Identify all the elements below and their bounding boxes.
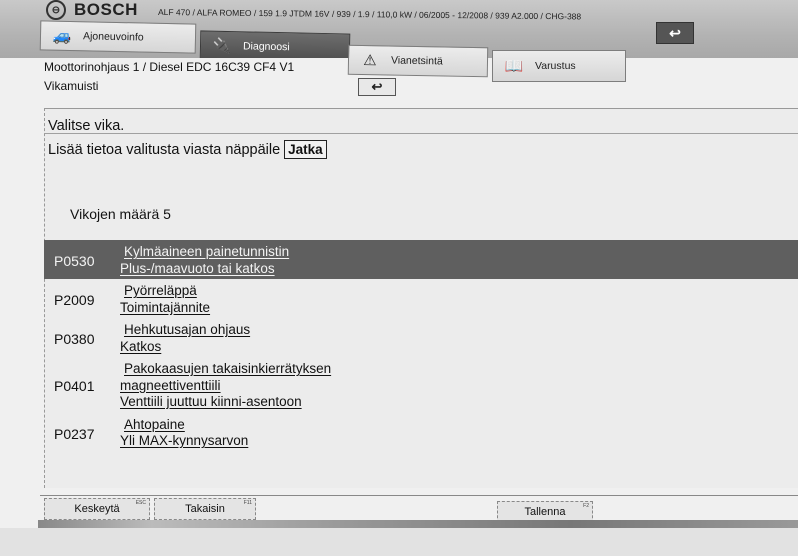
back-arrow-icon: ↩	[372, 79, 383, 95]
tab-label: Diagnoosi	[243, 40, 290, 53]
fault-desc-line: Toimintajännite	[120, 300, 210, 317]
fault-row[interactable]: P0401 Pakokaasujen takaisinkierrätyksen …	[44, 357, 798, 413]
fault-description: Ahtopaine Yli MAX-kynnysarvon	[120, 417, 248, 450]
instruction-text: Lisää tietoa valitusta viasta näppäile	[48, 142, 280, 158]
vehicle-info: ALF 470 / ALFA ROMEO / 159 1.9 JTDM 16V …	[158, 7, 581, 21]
brand: ⊖ BOSCH	[46, 0, 138, 20]
bosch-logo-icon: ⊖	[46, 0, 66, 20]
key-hint: F2	[583, 503, 589, 509]
key-hint: ESC	[136, 500, 146, 506]
fault-code: P0380	[54, 322, 120, 347]
continue-button[interactable]: Jatka	[284, 140, 327, 159]
troubleshooting-warning-icon: ⚠	[357, 51, 383, 69]
key-hint: F11	[244, 500, 252, 506]
fault-row[interactable]: P0380 Hehkutusajan ohjaus Katkos	[44, 318, 798, 357]
tab-label: Ajoneuvoinfo	[83, 30, 144, 43]
fault-count: Vikojen määrä 5	[70, 206, 171, 222]
fault-row[interactable]: P0530 Kylmäaineen painetunnistin Plus-/m…	[44, 240, 798, 279]
brand-name: BOSCH	[74, 0, 138, 20]
fault-list: P0530 Kylmäaineen painetunnistin Plus-/m…	[44, 240, 798, 452]
screen-bezel	[0, 528, 798, 556]
button-label: Tallenna	[525, 506, 566, 518]
fault-desc-line: Ahtopaine	[120, 417, 248, 434]
page-subtitle: Vikamuisti	[44, 79, 98, 93]
fault-code: P2009	[54, 283, 120, 308]
fault-desc-line: Venttiili juuttuu kiinni-asentoon	[120, 394, 331, 411]
diagnostic-plug-icon: 🔌	[209, 37, 235, 56]
fault-desc-line: Yli MAX-kynnysarvon	[120, 433, 248, 450]
fault-code: P0530	[54, 244, 120, 269]
tab-label: Vianetsintä	[391, 55, 443, 68]
instruction-more-info: Lisää tietoa valitusta viasta näppäile J…	[48, 140, 327, 159]
fault-code: P0401	[54, 361, 120, 394]
divider	[44, 133, 798, 134]
fault-desc-line: Kylmäaineen painetunnistin	[120, 244, 289, 261]
taskbar	[38, 520, 798, 528]
fault-desc-line: Plus-/maavuoto tai katkos	[120, 261, 289, 278]
fault-code: P0237	[54, 417, 120, 442]
tab-vianetsinta[interactable]: ⚠ Vianetsintä	[348, 45, 489, 77]
fault-description: Hehkutusajan ohjaus Katkos	[120, 322, 250, 355]
tab-label: Varustus	[535, 60, 576, 72]
vehicle-icon: 🚙	[49, 27, 75, 46]
fault-desc-line: Pakokaasujen takaisinkierrätyksen	[120, 361, 331, 378]
back-nav-button[interactable]: Takaisin F11	[154, 498, 256, 520]
back-arrow-icon: ↩	[669, 25, 681, 42]
fault-description: Kylmäaineen painetunnistin Plus-/maavuot…	[120, 244, 289, 277]
instruction-select-fault: Valitse vika.	[48, 118, 124, 134]
fault-row[interactable]: P0237 Ahtopaine Yli MAX-kynnysarvon	[44, 413, 798, 452]
book-icon: 📖	[501, 57, 527, 75]
fault-row[interactable]: P2009 Pyörreläppä Toimintajännite	[44, 279, 798, 318]
button-label: Keskeytä	[74, 503, 119, 515]
cancel-button[interactable]: Keskeytä ESC	[44, 498, 150, 520]
header-back-button[interactable]: ↩	[656, 22, 694, 44]
fault-desc-line: magneettiventtiili	[120, 378, 331, 395]
fault-description: Pakokaasujen takaisinkierrätyksen magnee…	[120, 361, 331, 411]
tab-ajoneuvoinfo[interactable]: 🚙 Ajoneuvoinfo	[40, 20, 197, 53]
fault-description: Pyörreläppä Toimintajännite	[120, 283, 210, 316]
breadcrumb: Moottorinohjaus 1 / Diesel EDC 16C39 CF4…	[44, 60, 294, 74]
fault-desc-line: Katkos	[120, 339, 250, 356]
back-button[interactable]: ↩	[358, 78, 396, 96]
tab-varustus[interactable]: 📖 Varustus	[492, 50, 626, 82]
button-label: Takaisin	[185, 503, 225, 515]
fault-desc-line: Hehkutusajan ohjaus	[120, 322, 250, 339]
fault-desc-line: Pyörreläppä	[120, 283, 210, 300]
